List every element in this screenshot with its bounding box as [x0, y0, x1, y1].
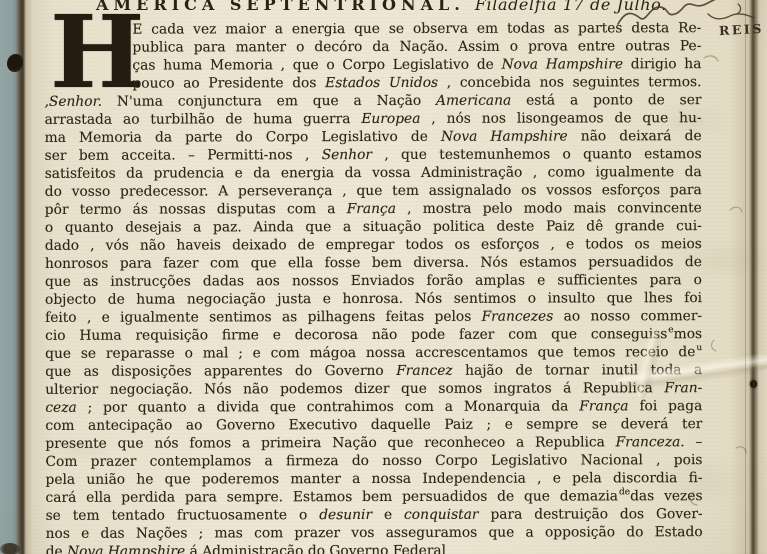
text-line: ulterior negociação. Nós não podemos diz… [45, 379, 702, 399]
text-line: do vosso predecessor. A perseverança , q… [45, 181, 702, 201]
text-line: se tem tentado fructuosamente o desunir … [46, 505, 703, 525]
text-line: ‚Senhor. N'uma conjunctura em que a Naçã… [44, 91, 701, 111]
price-label: REIS [719, 21, 765, 38]
text-line: feito , e igualmente sentimos as pilhage… [45, 307, 702, 327]
text-line: de Nova Hampshire á Administração do Gov… [46, 541, 703, 554]
text-line: honrosos para fazer com que ella fosse b… [45, 253, 702, 273]
text-line: ceza ; por quanto a divida que contrahim… [45, 397, 702, 417]
text-line: E cada vez maior a energia que se observ… [44, 19, 701, 39]
page-header: AMERICA SEPTENTRIONAL. Filadelfia 17 de … [96, 0, 667, 14]
text-line: cio Huma requisição firme e decorosa não… [45, 325, 702, 345]
text-line: Com prazer contemplamos a firmeza do nos… [45, 451, 702, 471]
body-text: E cada vez maior a energia que se observ… [44, 19, 702, 554]
scanned-page: AMERICA SEPTENTRIONAL. Filadelfia 17 de … [0, 0, 767, 554]
margin-pen-marks [684, 40, 764, 540]
text-line: cará ella perdida para sempre. Estamos b… [46, 487, 703, 507]
text-line: satisfeitos da prudencia e da energia da… [45, 163, 702, 183]
wormhole-dot [750, 380, 757, 388]
page-edge-line [745, 0, 746, 554]
text-line: ma Memoria da parte do Corpo Legislativo… [45, 127, 702, 147]
text-line: publica para manter o decóro da Nação. A… [44, 37, 701, 57]
text-line: ser bem acceita. – Permitti-nos , Senhor… [45, 145, 702, 165]
text-line: que as instrucções dadas aos nossos Envi… [45, 271, 702, 291]
text-line: pôr termo ás nossas disputas com a Franç… [45, 199, 702, 219]
ink-blot-bottom [0, 543, 20, 554]
ink-blot [7, 54, 23, 72]
text-line: dado , vós não haveis deixado de emprega… [45, 235, 702, 255]
text-line: que as disposições apparentes do Governo… [45, 361, 702, 381]
text-line: objecto de huma negociação justa e honro… [45, 289, 702, 309]
text-line: presente que nós fomos a primeira Nação … [45, 433, 702, 453]
text-line: arrastada ao turbilhão de huma guerra Eu… [45, 109, 702, 129]
text-line: o quanto desejais a paz. Ainda que a sit… [45, 217, 702, 237]
text-line: nos e das Nações ; mas com prazer vos as… [46, 523, 703, 543]
text-line: com antecipação ao Governo Executivo daq… [45, 415, 702, 435]
text-line: pouco ao Presidente dos Estados Unidos ,… [44, 73, 701, 93]
text-line: pela união he que poderemos manter a nos… [45, 469, 702, 489]
masthead-title: AMERICA SEPTENTRIONAL. [96, 0, 465, 14]
text-line: que se reparasse o mal ; e com mágoa nos… [45, 343, 702, 363]
text-line: ças huma Memoria , que o Corpo Legislati… [44, 55, 701, 75]
